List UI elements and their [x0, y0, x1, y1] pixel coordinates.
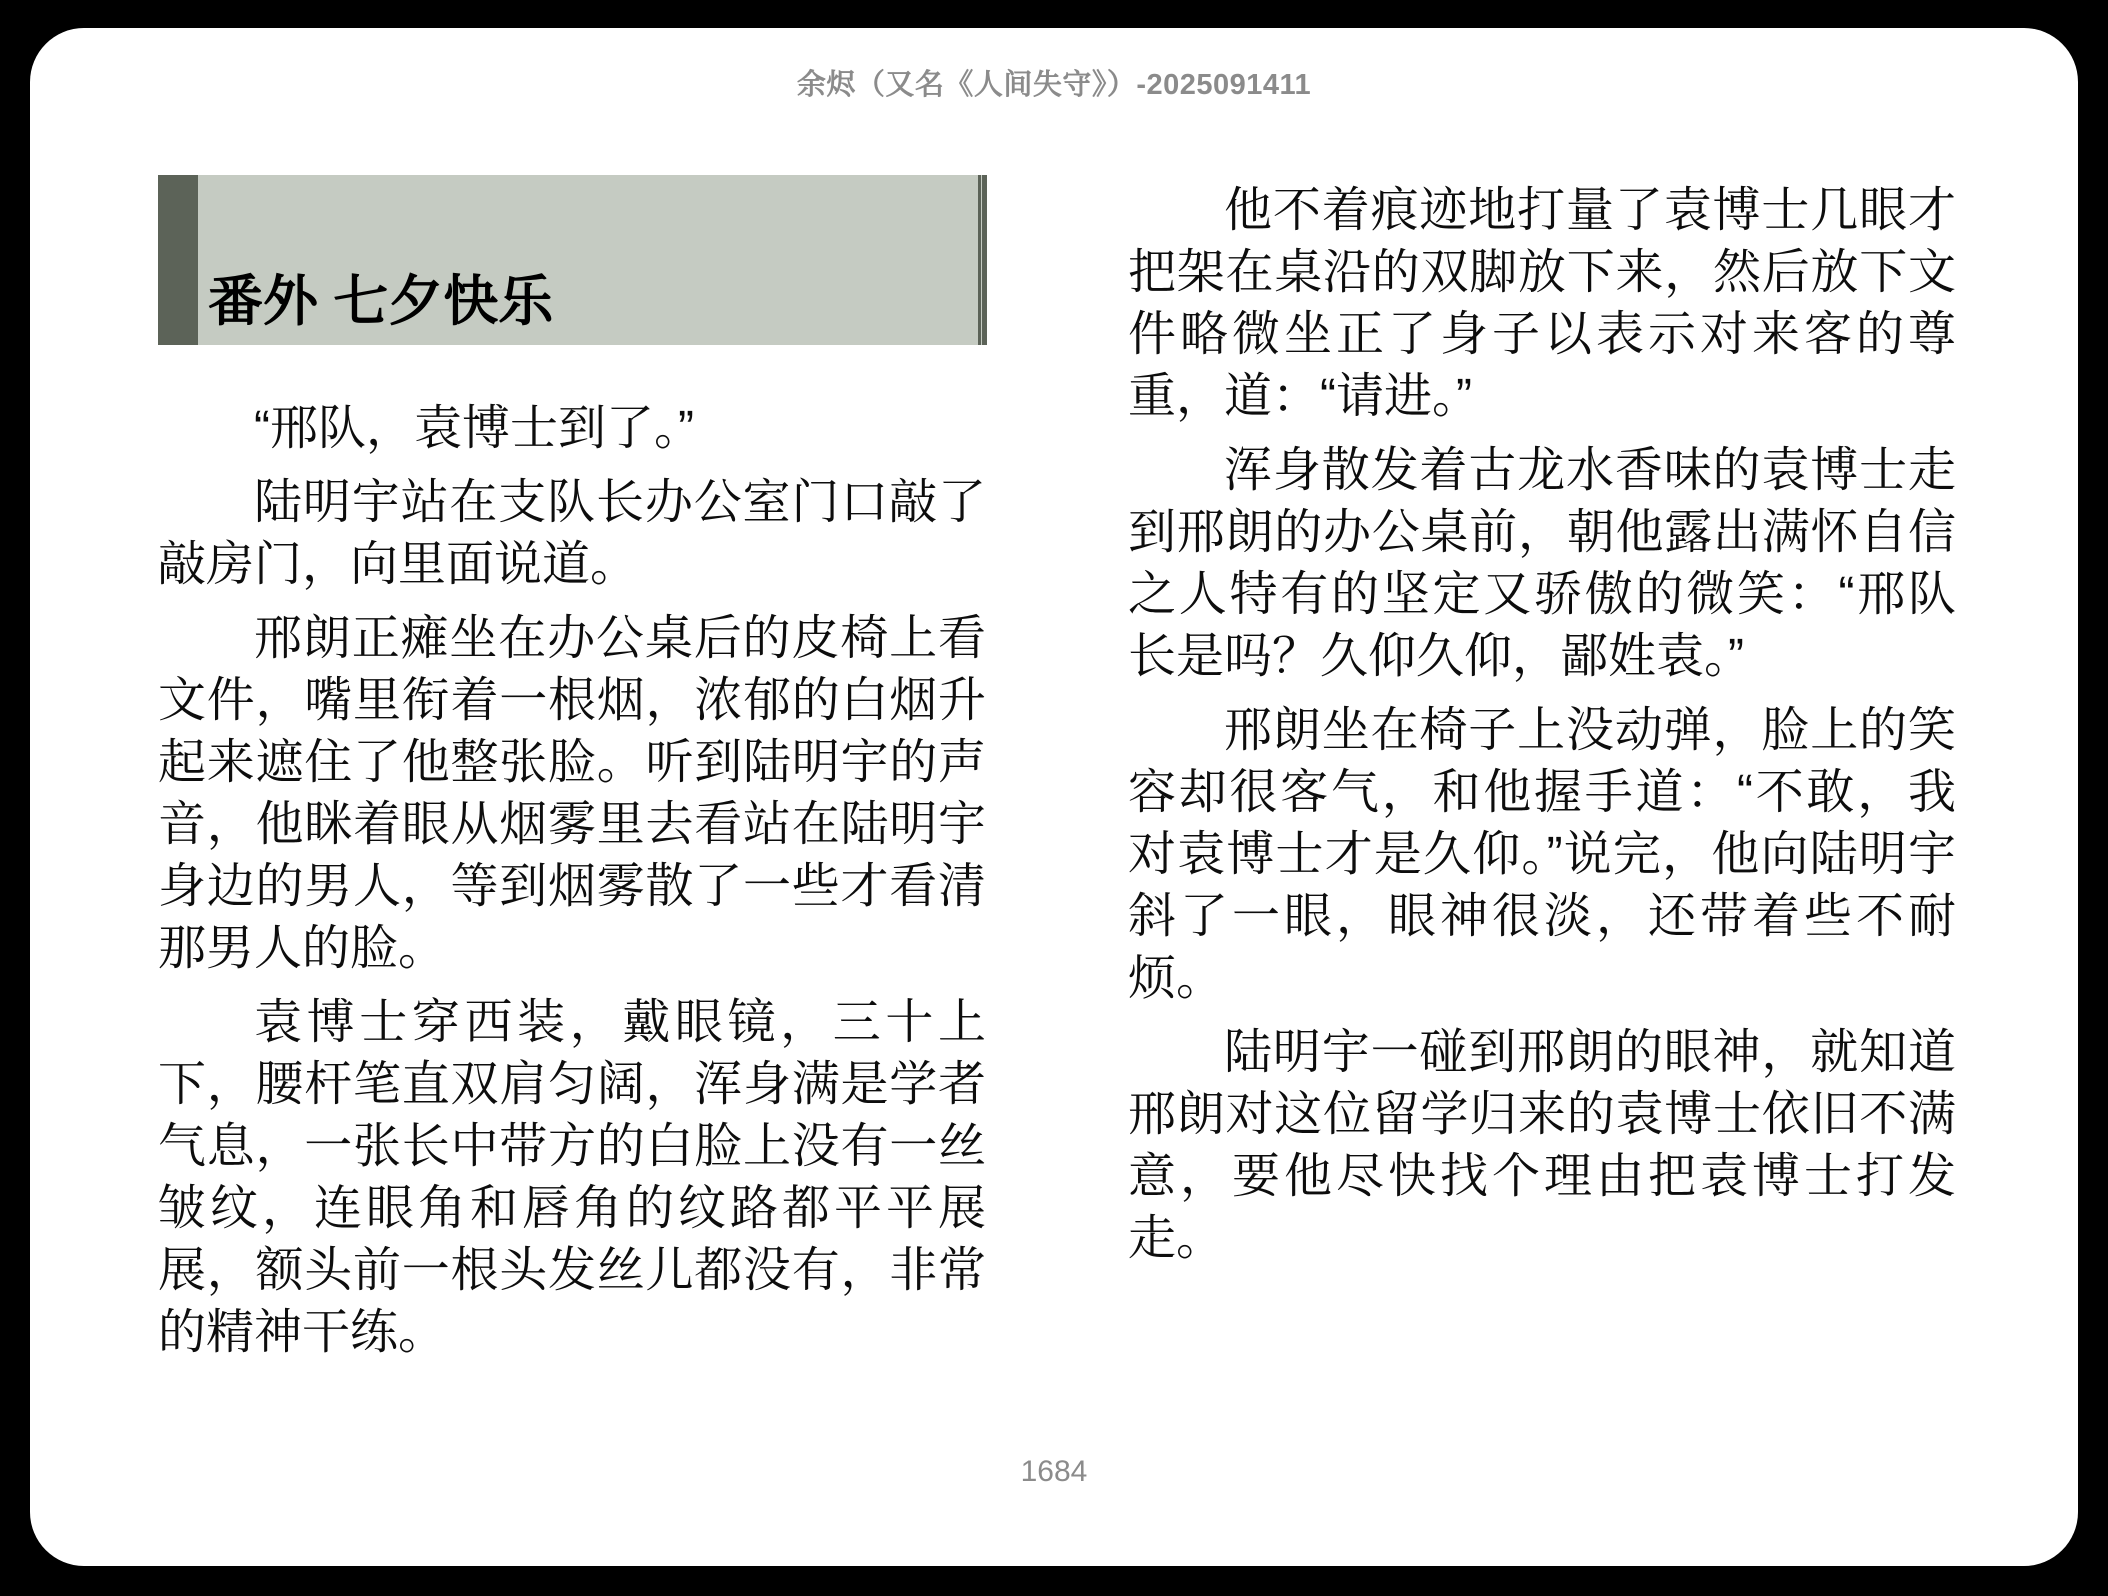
- paragraph: 邢朗坐在椅子上没动弹，脸上的笑容却很客气，和他握手道：“不敢，我对袁博士才是久仰…: [1128, 700, 1956, 1010]
- chapter-heading-box: 番外 七夕快乐: [158, 175, 987, 345]
- text-column-left: “邢队，袁博士到了。”陆明宇站在支队长办公室门口敲了敲房门，向里面说道。邢朗正瘫…: [158, 398, 986, 1376]
- page-number: 1684: [30, 1455, 2078, 1489]
- book-title-header: 余烬（又名《人间失守》）-2025091411: [30, 62, 2078, 103]
- paragraph: “邢队，袁博士到了。”: [158, 398, 986, 460]
- book-page[interactable]: 余烬（又名《人间失守》）-2025091411 番外 七夕快乐 “邢队，袁博士到…: [30, 28, 2078, 1566]
- screen: 余烬（又名《人间失守》）-2025091411 番外 七夕快乐 “邢队，袁博士到…: [0, 0, 2108, 1596]
- paragraph: 陆明宇一碰到邢朗的眼神，就知道邢朗对这位留学归来的袁博士依旧不满意，要他尽快找个…: [1128, 1022, 1956, 1270]
- paragraph: 陆明宇站在支队长办公室门口敲了敲房门，向里面说道。: [158, 472, 986, 596]
- chapter-title: 番外 七夕快乐: [158, 274, 553, 345]
- paragraph: 浑身散发着古龙水香味的袁博士走到邢朗的办公桌前，朝他露出满怀自信之人特有的坚定又…: [1128, 440, 1956, 688]
- paragraph: 袁博士穿西装，戴眼镜，三十上下，腰杆笔直双肩匀阔，浑身满是学者气息，一张长中带方…: [158, 992, 986, 1364]
- paragraph: 他不着痕迹地打量了袁博士几眼才把架在桌沿的双脚放下来，然后放下文件略微坐正了身子…: [1128, 180, 1956, 428]
- text-column-right: 他不着痕迹地打量了袁博士几眼才把架在桌沿的双脚放下来，然后放下文件略微坐正了身子…: [1128, 180, 1956, 1282]
- paragraph: 邢朗正瘫坐在办公桌后的皮椅上看文件，嘴里衔着一根烟，浓郁的白烟升起来遮住了他整张…: [158, 608, 986, 980]
